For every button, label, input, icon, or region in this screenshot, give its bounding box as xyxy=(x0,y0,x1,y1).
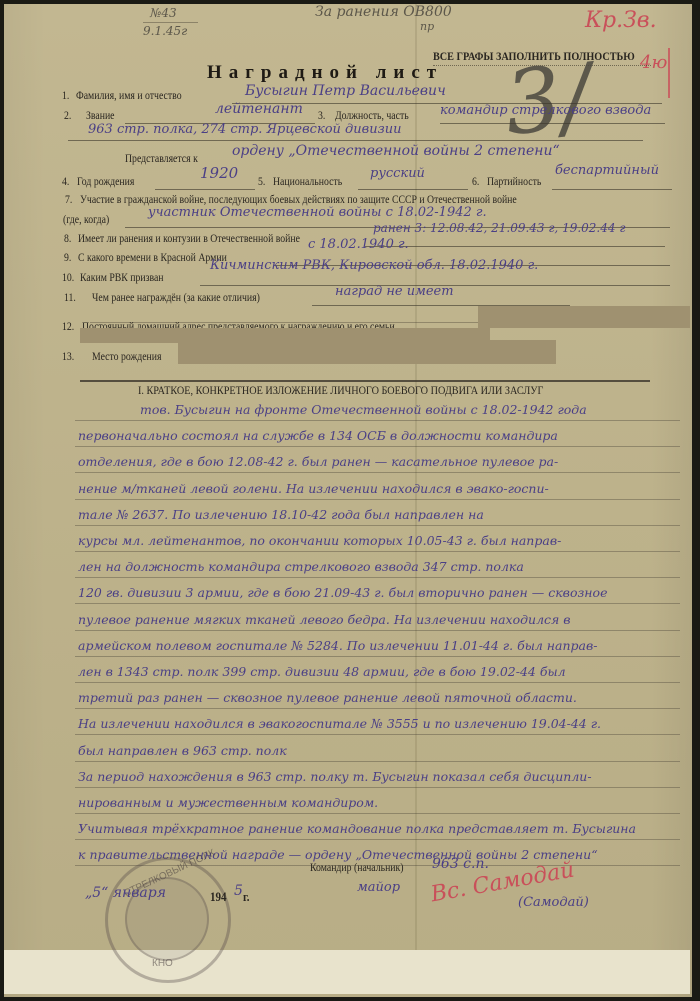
field-1-number: 1. xyxy=(62,90,69,102)
narrative-rule xyxy=(75,525,680,526)
field-3-cont-line xyxy=(68,140,643,141)
narrative-line: За период нахождения в 963 стр. полку т.… xyxy=(78,769,592,784)
field-5-number: 5. xyxy=(258,176,265,188)
field-11-label: Чем ранее награждён (за какие отличия) xyxy=(92,292,260,304)
field-4-line xyxy=(155,189,255,190)
top-center-note: За ранения ОВ800 xyxy=(315,4,452,20)
signature-unit: 963 с.п. xyxy=(432,856,489,872)
field-5-value: русский xyxy=(370,166,425,181)
narrative-line: третий раз ранен — сквозное пулевое ране… xyxy=(78,690,577,705)
narrative-line: лен в 1343 стр. полк 399 стр. дивизии 48… xyxy=(78,664,566,679)
field-7-value: участник Отечественной войны с 18.02-194… xyxy=(148,205,487,220)
field-8-label: Имеет ли ранения и контузии в Отечествен… xyxy=(78,233,300,245)
narrative-rule xyxy=(75,708,680,709)
narrative-rule xyxy=(75,761,680,762)
date-year-printed: 194 xyxy=(210,889,227,905)
top-left-note-date: 9.1.45г xyxy=(143,24,187,38)
field-10-number: 10. xyxy=(62,272,74,284)
narrative-rule xyxy=(75,446,680,447)
field-2-label: Звание xyxy=(86,110,115,122)
narrative-line: курсы мл. лейтенантов, по окончании кото… xyxy=(78,533,561,548)
field-6-label: Партийность xyxy=(487,176,541,188)
presented-value: ордену „Отечественной войны 2 степени“ xyxy=(232,143,560,159)
field-6-number: 6. xyxy=(472,176,479,188)
narrative-rule xyxy=(75,472,680,473)
narrative-line: Учитывая трёхкратное ранение командовани… xyxy=(78,821,636,836)
field-7-label2: (где, когда) xyxy=(63,214,109,226)
red-mark-line xyxy=(668,48,670,98)
narrative-line: тов. Бусыгин на фронте Отечественной вой… xyxy=(140,402,587,417)
field-6-value: беспартийный xyxy=(555,163,659,178)
field-8-value: ранен 3: 12.08.42, 21.09.43 г, 19.02.44 … xyxy=(373,221,625,235)
field-4-label: Год рождения xyxy=(77,176,134,188)
document-title: Наградной лист xyxy=(207,62,443,84)
field-2-number: 2. xyxy=(64,110,71,122)
narrative-line: нение м/тканей левой голени. На излечени… xyxy=(78,481,549,496)
field-10-value: Кичминским РВК, Кировской обл. 18.02.194… xyxy=(210,258,538,273)
signature-rank: майор xyxy=(357,880,400,895)
section-top-rule xyxy=(80,380,650,382)
narrative-rule xyxy=(75,682,680,683)
field-11-value: наград не имеет xyxy=(335,284,454,299)
field-13-number: 13. xyxy=(62,351,74,363)
field-3-value-cont: 963 стр. полка, 274 стр. Ярцевской дивиз… xyxy=(88,122,401,137)
field-4-value: 1920 xyxy=(200,164,238,182)
field-9-number: 9. xyxy=(64,252,71,264)
field-9-value: с 18.02.1940 г. xyxy=(308,237,409,252)
narrative-rule xyxy=(75,656,680,657)
narrative-line: тале № 2637. По излечению 18.10-42 года … xyxy=(78,507,484,522)
field-9-label: С какого времени в Красной Армии xyxy=(78,252,227,264)
date-year-hand: 5 xyxy=(234,883,243,899)
field-13-redacted-value xyxy=(178,340,556,364)
field-6-line xyxy=(552,189,672,190)
field-13-label: Место рождения xyxy=(92,351,162,363)
field-5-label: Национальность xyxy=(273,176,342,188)
narrative-rule xyxy=(75,630,680,631)
presented-label: Представляется к xyxy=(125,153,198,165)
paper-lower-strip xyxy=(4,950,690,994)
stamp-text-bottom: КНО xyxy=(152,958,173,969)
note-divider xyxy=(143,22,198,23)
top-center-note-sub: пр xyxy=(420,20,434,33)
narrative-rule xyxy=(75,813,680,814)
narrative-line: лен на должность командира стрелкового в… xyxy=(78,559,524,574)
narrative-rule xyxy=(75,839,680,840)
section-heading: I. КРАТКОЕ, КОНКРЕТНОЕ ИЗЛОЖЕНИЕ ЛИЧНОГО… xyxy=(138,383,543,398)
top-left-note-number: №43 xyxy=(150,6,177,20)
narrative-line: На излечении находился в эвакогоспитале … xyxy=(78,716,601,731)
field-1-value: Бусыгин Петр Васильевич xyxy=(245,83,446,99)
field-8-number: 8. xyxy=(64,233,71,245)
narrative-line: армейском полевом госпитале № 5284. По и… xyxy=(78,638,598,653)
field-8-line xyxy=(365,246,665,247)
narrative-rule xyxy=(75,420,680,421)
field-3-line xyxy=(440,123,665,124)
field-11-number: 11. xyxy=(64,292,76,304)
narrative-line: был направлен в 963 стр. полк xyxy=(78,743,287,758)
red-note-side: 4ю xyxy=(640,52,667,73)
narrative-rule xyxy=(75,734,680,735)
field-2-value: лейтенант xyxy=(215,101,303,117)
narrative-rule xyxy=(75,551,680,552)
field-3-value: командир стрелкового взвода xyxy=(440,103,651,118)
field-12-redacted-value xyxy=(478,306,690,328)
narrative-rule xyxy=(75,577,680,578)
field-3-number: 3. xyxy=(318,110,325,122)
field-4-number: 4. xyxy=(62,176,69,188)
field-3-label: Должность, часть xyxy=(335,110,409,122)
narrative-line: пулевое ранение мягких тканей левого бед… xyxy=(78,612,571,627)
field-10-label: Каким РВК призван xyxy=(80,272,164,284)
field-5-line xyxy=(358,189,468,190)
narrative-rule xyxy=(75,499,680,500)
narrative-rule xyxy=(75,787,680,788)
narrative-line: 120 гв. дивизии 3 армии, где в бою 21.09… xyxy=(78,585,607,600)
field-1-label: Фамилия, имя и отчество xyxy=(76,90,182,102)
narrative-line: первоначально состоял на службе в 134 ОС… xyxy=(78,428,558,443)
red-note-top: Кр.Зв. xyxy=(585,8,657,33)
large-handwritten-mark: 3/ xyxy=(500,44,596,155)
narrative-rule xyxy=(75,603,680,604)
signature-name: (Самодай) xyxy=(518,895,589,910)
signature-label: Командир (начальник) xyxy=(310,862,404,874)
narrative-line: нированным и мужественным командиром. xyxy=(78,795,378,810)
field-7-number: 7. xyxy=(65,194,72,206)
date-suffix: г. xyxy=(243,889,250,905)
field-12-number: 12. xyxy=(62,321,74,333)
date-day: „5“ января xyxy=(85,885,166,901)
narrative-line: отделения, где в бою 12.08-42 г. был ран… xyxy=(78,454,558,469)
